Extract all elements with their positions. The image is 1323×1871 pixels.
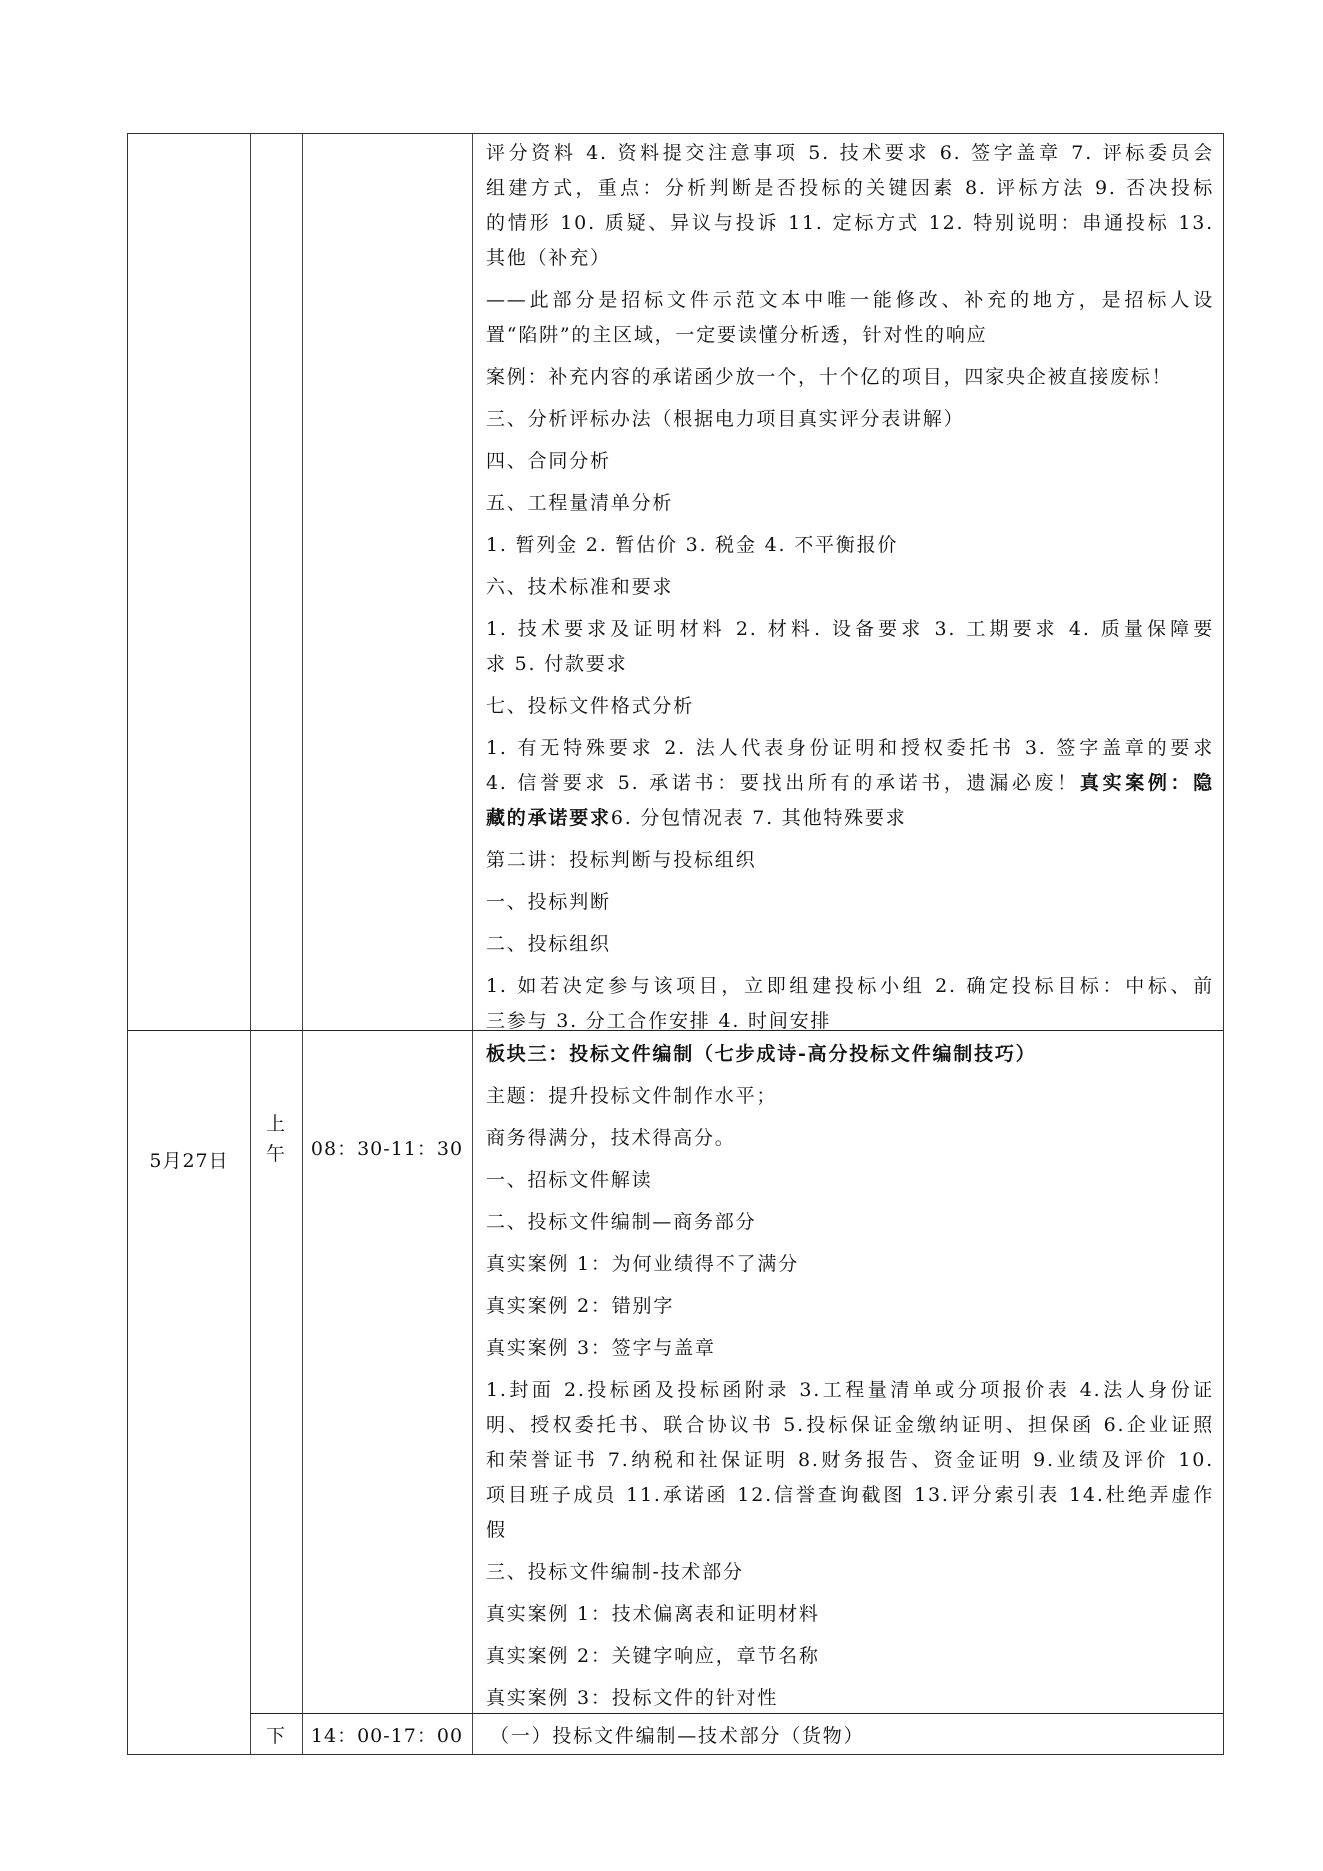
- time-cell-morning: 08：30-11：30: [302, 1134, 472, 1161]
- time-cell-afternoon: 14：00-17：00: [302, 1721, 472, 1748]
- text-line: 项目班子成员 11.承诺函 12.信誉查询截图 13.评分索引表 14.杜绝弄虚…: [486, 1478, 1214, 1513]
- text-line: 明、授权委托书、联合协议书 5.投标保证金缴纳证明、担保函 6.企业证照: [486, 1408, 1214, 1443]
- paragraph: 案例：补充内容的承诺函少放一个，十个亿的项目，四家央企被直接废标！: [486, 360, 1214, 395]
- paragraph: 1.封面 2.投标函及投标函附录 3.工程量清单或分项报价表 4.法人身份证明、…: [486, 1373, 1214, 1548]
- column-divider-time: [472, 134, 473, 1754]
- paragraph: 三、分析评标办法（根据电力项目真实评分表讲解）: [486, 402, 1214, 437]
- text-line: 二、投标组织: [486, 927, 1214, 962]
- section-heading-text: 板块三：投标文件编制（七步成诗-高分投标文件编制技巧）: [486, 1037, 1214, 1072]
- text-line: 1. 技术要求及证明材料 2. 材料. 设备要求 3. 工期要求 4. 质量保障…: [486, 612, 1214, 647]
- text-line: 1.封面 2.投标函及投标函附录 3.工程量清单或分项报价表 4.法人身份证: [486, 1373, 1214, 1408]
- text-line: 四、合同分析: [486, 444, 1214, 479]
- content-cell-continued: 评分资料 4. 资料提交注意事项 5. 技术要求 6. 签字盖章 7. 评标委员…: [486, 136, 1214, 1046]
- text-line: 其他（补充）: [486, 241, 1214, 276]
- paragraph: 七、投标文件格式分析: [486, 689, 1214, 724]
- paragraph: 真实案例 2：关键字响应，章节名称: [486, 1639, 1214, 1674]
- paragraph: 三、投标文件编制-技术部分: [486, 1555, 1214, 1590]
- text-line: 求 5. 付款要求: [486, 647, 1214, 682]
- text-line: 假: [486, 1513, 1214, 1548]
- paragraph: 1. 如若决定参与该项目，立即组建投标小组 2. 确定投标目标：中标、前三参与 …: [486, 969, 1214, 1039]
- text-line: 真实案例 1：为何业绩得不了满分: [486, 1247, 1214, 1282]
- column-divider-period: [302, 134, 303, 1754]
- text-line: 三、分析评标办法（根据电力项目真实评分表讲解）: [486, 402, 1214, 437]
- schedule-table: 评分资料 4. 资料提交注意事项 5. 技术要求 6. 签字盖章 7. 评标委员…: [127, 133, 1224, 1755]
- text-line: 一、投标判断: [486, 885, 1214, 920]
- text-line: 藏的承诺要求6. 分包情况表 7. 其他特殊要求: [486, 801, 1214, 836]
- text-line: 真实案例 1：技术偏离表和证明材料: [486, 1597, 1214, 1632]
- text-line: ——此部分是招标文件示范文本中唯一能修改、补充的地方，是招标人设: [486, 283, 1214, 318]
- text-line: 七、投标文件格式分析: [486, 689, 1214, 724]
- paragraph: 1. 暂列金 2. 暂估价 3. 税金 4. 不平衡报价: [486, 528, 1214, 563]
- paragraph: 真实案例 1：技术偏离表和证明材料: [486, 1597, 1214, 1632]
- text-line: 组建方式，重点：分析判断是否投标的关键因素 8. 评标方法 9. 否决投标: [486, 171, 1214, 206]
- paragraph: 1. 技术要求及证明材料 2. 材料. 设备要求 3. 工期要求 4. 质量保障…: [486, 612, 1214, 682]
- text-line: 4. 信誉要求 5. 承诺书：要找出所有的承诺书，遗漏必废！真实案例：隐: [486, 766, 1214, 801]
- paragraph: 真实案例 3：投标文件的针对性: [486, 1681, 1214, 1716]
- content-cell-afternoon: （一）投标文件编制—技术部分（货物）: [490, 1719, 1218, 1761]
- text-segment: 6. 分包情况表 7. 其他特殊要求: [611, 807, 907, 829]
- text-line: 主题：提升投标文件制作水平；: [486, 1079, 1214, 1114]
- text-line: 真实案例 2：错别字: [486, 1289, 1214, 1324]
- text-line: 真实案例 3：签字与盖章: [486, 1331, 1214, 1366]
- paragraph: 评分资料 4. 资料提交注意事项 5. 技术要求 6. 签字盖章 7. 评标委员…: [486, 136, 1214, 276]
- content-cell-morning: 板块三：投标文件编制（七步成诗-高分投标文件编制技巧）主题：提升投标文件制作水平…: [486, 1037, 1214, 1723]
- text-line: 二、投标文件编制—商务部分: [486, 1205, 1214, 1240]
- text-line: 五、工程量清单分析: [486, 486, 1214, 521]
- text-line: 三参与 3. 分工合作安排 4. 时间安排: [486, 1004, 1214, 1039]
- paragraph: 主题：提升投标文件制作水平；: [486, 1079, 1214, 1114]
- text-segment: 1. 有无特殊要求 2. 法人代表身份证明和授权委托书 3. 签字盖章的要求: [486, 737, 1214, 759]
- paragraph: 二、投标组织: [486, 927, 1214, 962]
- afternoon-content-text: （一）投标文件编制—技术部分（货物）: [490, 1719, 1218, 1754]
- section-heading: 板块三：投标文件编制（七步成诗-高分投标文件编制技巧）: [486, 1037, 1214, 1072]
- paragraph: 四、合同分析: [486, 444, 1214, 479]
- paragraph: 商务得满分，技术得高分。: [486, 1121, 1214, 1156]
- column-divider-date: [250, 134, 251, 1754]
- paragraph: 一、招标文件解读: [486, 1163, 1214, 1198]
- paragraph: 第二讲：投标判断与投标组织: [486, 843, 1214, 878]
- text-line: 真实案例 3：投标文件的针对性: [486, 1681, 1214, 1716]
- paragraph: 五、工程量清单分析: [486, 486, 1214, 521]
- bold-text: 藏的承诺要求: [486, 807, 611, 829]
- paragraph: 一、投标判断: [486, 885, 1214, 920]
- period-cell-morning-label: 上午: [250, 1109, 302, 1169]
- text-line: 1. 暂列金 2. 暂估价 3. 税金 4. 不平衡报价: [486, 528, 1214, 563]
- text-line: 真实案例 2：关键字响应，章节名称: [486, 1639, 1214, 1674]
- text-line: 评分资料 4. 资料提交注意事项 5. 技术要求 6. 签字盖章 7. 评标委员…: [486, 136, 1214, 171]
- text-line: 案例：补充内容的承诺函少放一个，十个亿的项目，四家央企被直接废标！: [486, 360, 1214, 395]
- paragraph: 六、技术标准和要求: [486, 570, 1214, 605]
- date-cell: 5月27日: [128, 1146, 250, 1173]
- paragraph: 二、投标文件编制—商务部分: [486, 1205, 1214, 1240]
- paragraph: 真实案例 3：签字与盖章: [486, 1331, 1214, 1366]
- text-line: 第二讲：投标判断与投标组织: [486, 843, 1214, 878]
- period-cell-afternoon: 下: [250, 1721, 302, 1748]
- text-line: 六、技术标准和要求: [486, 570, 1214, 605]
- text-line: 和荣誉证书 7.纳税和社保证明 8.财务报告、资金证明 9.业绩及评价 10.: [486, 1443, 1214, 1478]
- text-line: 1. 如若决定参与该项目，立即组建投标小组 2. 确定投标目标：中标、前: [486, 969, 1214, 1004]
- bold-text: 真实案例：隐: [1080, 772, 1214, 794]
- paragraph: ——此部分是招标文件示范文本中唯一能修改、补充的地方，是招标人设置“陷阱”的主区…: [486, 283, 1214, 353]
- text-line: 三、投标文件编制-技术部分: [486, 1555, 1214, 1590]
- paragraph: 真实案例 1：为何业绩得不了满分: [486, 1247, 1214, 1282]
- text-line: 一、招标文件解读: [486, 1163, 1214, 1198]
- text-segment: 4. 信誉要求 5. 承诺书：要找出所有的承诺书，遗漏必废！: [486, 772, 1080, 794]
- paragraph: 真实案例 2：错别字: [486, 1289, 1214, 1324]
- paragraph: 1. 有无特殊要求 2. 法人代表身份证明和授权委托书 3. 签字盖章的要求4.…: [486, 731, 1214, 836]
- text-line: 的情形 10. 质疑、异议与投诉 11. 定标方式 12. 特别说明：串通投标 …: [486, 206, 1214, 241]
- text-line: 置“陷阱”的主区域，一定要读懂分析透，针对性的响应: [486, 318, 1214, 353]
- text-line: 商务得满分，技术得高分。: [486, 1121, 1214, 1156]
- text-line: 1. 有无特殊要求 2. 法人代表身份证明和授权委托书 3. 签字盖章的要求: [486, 731, 1214, 766]
